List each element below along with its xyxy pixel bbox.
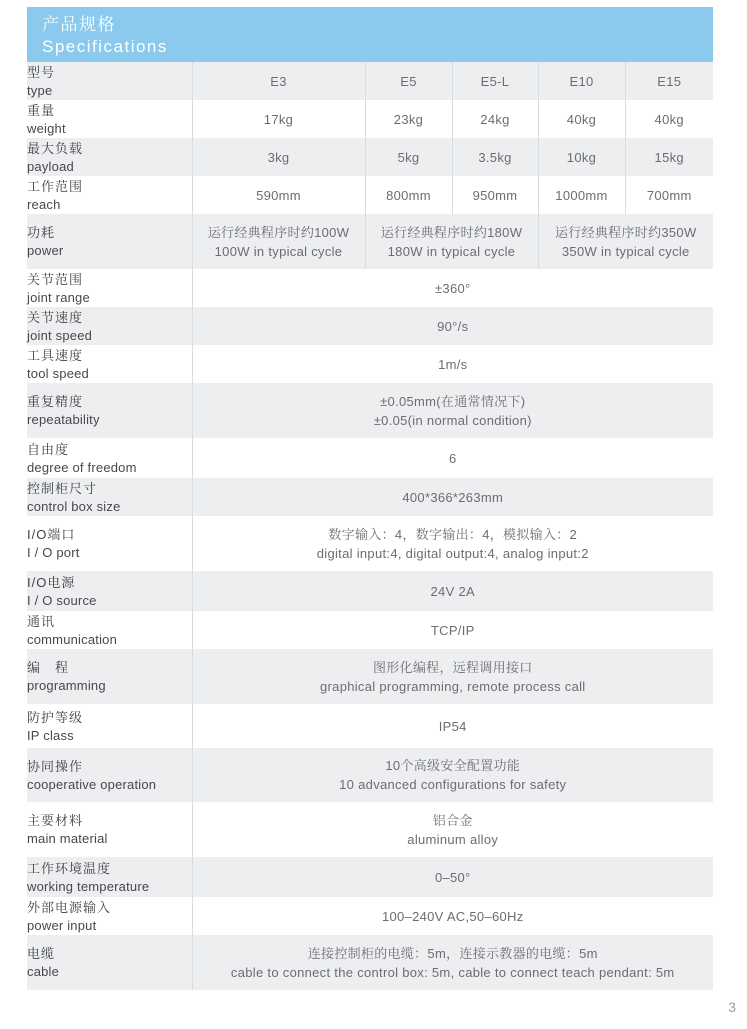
value-zh: 铝合金 <box>193 811 714 830</box>
row-label-weight: 重量 weight <box>27 100 192 138</box>
cell-payload-e5l: 3.5kg <box>452 138 538 176</box>
cell-io-source: 24V 2A <box>192 571 713 611</box>
row-label-reach: 工作范围 reach <box>27 176 192 214</box>
label-zh: 重复精度 <box>27 393 192 411</box>
row-label-io-port: I/O端口 I / O port <box>27 516 192 571</box>
row-label-working-temp: 工作环境温度 working temperature <box>27 857 192 897</box>
row-programming: 编 程 programming 图形化编程，远程调用接口 graphical p… <box>27 649 713 704</box>
label-zh: 控制柜尺寸 <box>27 480 192 498</box>
label-en: cooperative operation <box>27 776 192 793</box>
label-en: reach <box>27 196 192 213</box>
cell-reach-e10: 1000mm <box>538 176 625 214</box>
row-tool-speed: 工具速度 tool speed 1m/s <box>27 345 713 383</box>
cell-power-e3: 运行经典程序时约100W 100W in typical cycle <box>192 214 365 269</box>
row-cooperative: 协同操作 cooperative operation 10个高级安全配置功能 1… <box>27 748 713 802</box>
label-zh: 关节范围 <box>27 271 192 289</box>
label-en: communication <box>27 631 192 648</box>
row-label-payload: 最大负载 payload <box>27 138 192 176</box>
label-zh: 主要材料 <box>27 812 192 830</box>
cell-reach-e5: 800mm <box>365 176 452 214</box>
row-joint-range: 关节范围 joint range ±360° <box>27 269 713 307</box>
label-zh: 防护等级 <box>27 709 192 727</box>
title-en: Specifications <box>42 36 713 58</box>
cell-payload-e15: 15kg <box>625 138 713 176</box>
label-en: power input <box>27 917 192 934</box>
value-en: cable to connect the control box: 5m, ca… <box>193 963 714 982</box>
cell-io-port: 数字输入：4，数字输出：4，模拟输入：2 digital input:4, di… <box>192 516 713 571</box>
label-zh: 电缆 <box>27 945 192 963</box>
title-zh: 产品规格 <box>42 14 713 36</box>
cell-payload-e3: 3kg <box>192 138 365 176</box>
row-repeatability: 重复精度 repeatability ±0.05mm(在通常情况下) ±0.05… <box>27 383 713 438</box>
row-io-port: I/O端口 I / O port 数字输入：4，数字输出：4，模拟输入：2 di… <box>27 516 713 571</box>
row-label-joint-speed: 关节速度 joint speed <box>27 307 192 345</box>
cell-power-input: 100–240V AC,50–60Hz <box>192 897 713 935</box>
value-zh: 数字输入：4，数字输出：4，模拟输入：2 <box>193 525 714 544</box>
row-ip-class: 防护等级 IP class IP54 <box>27 704 713 748</box>
page-number: 3 <box>728 999 736 1015</box>
cell-joint-speed: 90°/s <box>192 307 713 345</box>
value-zh: 连接控制柜的电缆：5m，连接示教器的电缆：5m <box>193 944 714 963</box>
row-dof: 自由度 degree of freedom 6 <box>27 438 713 478</box>
value-en: aluminum alloy <box>193 830 714 849</box>
label-en: tool speed <box>27 365 192 382</box>
cell-type-e5l: E5-L <box>452 62 538 100</box>
row-weight: 重量 weight 17kg 23kg 24kg 40kg 40kg <box>27 100 713 138</box>
label-en: weight <box>27 120 192 137</box>
cell-control-box: 400*366*263mm <box>192 478 713 516</box>
value-en: ±0.05(in normal condition) <box>193 411 714 430</box>
row-label-programming: 编 程 programming <box>27 649 192 704</box>
cell-weight-e10: 40kg <box>538 100 625 138</box>
row-label-communication: 通讯 communication <box>27 611 192 649</box>
value-zh: 图形化编程，远程调用接口 <box>193 658 714 677</box>
cell-type-e5: E5 <box>365 62 452 100</box>
cell-weight-e5l: 24kg <box>452 100 538 138</box>
label-en: control box size <box>27 498 192 515</box>
cell-dof: 6 <box>192 438 713 478</box>
cell-reach-e15: 700mm <box>625 176 713 214</box>
row-label-power-input: 外部电源输入 power input <box>27 897 192 935</box>
cell-cable: 连接控制柜的电缆：5m，连接示教器的电缆：5m cable to connect… <box>192 935 713 990</box>
cell-type-e3: E3 <box>192 62 365 100</box>
label-en: power <box>27 242 192 259</box>
cell-weight-e5: 23kg <box>365 100 452 138</box>
cell-weight-e3: 17kg <box>192 100 365 138</box>
row-reach: 工作范围 reach 590mm 800mm 950mm 1000mm 700m… <box>27 176 713 214</box>
label-en: cable <box>27 963 192 980</box>
spec-table: 型号 type E3 E5 E5-L E10 E15 重量 weight 17k… <box>27 62 713 990</box>
label-zh: 工具速度 <box>27 347 192 365</box>
row-label-joint-range: 关节范围 joint range <box>27 269 192 307</box>
label-en: joint range <box>27 289 192 306</box>
row-material: 主要材料 main material 铝合金 aluminum alloy <box>27 802 713 857</box>
row-power: 功耗 power 运行经典程序时约100W 100W in typical cy… <box>27 214 713 269</box>
label-zh: 重量 <box>27 102 192 120</box>
row-communication: 通讯 communication TCP/IP <box>27 611 713 649</box>
value-en: 100W in typical cycle <box>193 242 365 261</box>
value-zh: 运行经典程序时约100W <box>193 223 365 242</box>
value-en: graphical programming, remote process ca… <box>193 677 714 696</box>
title-banner: 产品规格 Specifications <box>27 7 713 62</box>
label-en: payload <box>27 158 192 175</box>
label-zh: 型号 <box>27 64 192 82</box>
cell-power-e10-e15: 运行经典程序时约350W 350W in typical cycle <box>538 214 713 269</box>
label-zh: 协同操作 <box>27 758 192 776</box>
cell-repeatability: ±0.05mm(在通常情况下) ±0.05(in normal conditio… <box>192 383 713 438</box>
value-zh: ±0.05mm(在通常情况下) <box>193 392 714 411</box>
label-zh: 工作环境温度 <box>27 860 192 878</box>
label-zh: 通讯 <box>27 613 192 631</box>
row-payload: 最大负载 payload 3kg 5kg 3.5kg 10kg 15kg <box>27 138 713 176</box>
cell-joint-range: ±360° <box>192 269 713 307</box>
row-label-repeatability: 重复精度 repeatability <box>27 383 192 438</box>
row-label-power: 功耗 power <box>27 214 192 269</box>
cell-type-e10: E10 <box>538 62 625 100</box>
label-en: type <box>27 82 192 99</box>
cell-payload-e5: 5kg <box>365 138 452 176</box>
cell-weight-e15: 40kg <box>625 100 713 138</box>
value-en: 180W in typical cycle <box>366 242 538 261</box>
label-en: main material <box>27 830 192 847</box>
label-zh: 自由度 <box>27 441 192 459</box>
spec-sheet: 产品规格 Specifications 型号 type E3 E5 E5-L E… <box>27 7 713 990</box>
label-zh: 编 程 <box>27 659 192 677</box>
value-en: 10 advanced configurations for safety <box>193 775 714 794</box>
row-label-control-box: 控制柜尺寸 control box size <box>27 478 192 516</box>
value-zh: 运行经典程序时约350W <box>539 223 714 242</box>
label-en: degree of freedom <box>27 459 192 476</box>
row-type: 型号 type E3 E5 E5-L E10 E15 <box>27 62 713 100</box>
row-label-type: 型号 type <box>27 62 192 100</box>
label-zh: 最大负载 <box>27 140 192 158</box>
label-en: I / O source <box>27 592 192 609</box>
cell-payload-e10: 10kg <box>538 138 625 176</box>
row-working-temp: 工作环境温度 working temperature 0–50° <box>27 857 713 897</box>
label-en: programming <box>27 677 192 694</box>
label-zh: I/O电源 <box>27 574 192 592</box>
cell-cooperative: 10个高级安全配置功能 10 advanced configurations f… <box>192 748 713 802</box>
label-zh: I/O端口 <box>27 526 192 544</box>
row-label-cooperative: 协同操作 cooperative operation <box>27 748 192 802</box>
row-label-material: 主要材料 main material <box>27 802 192 857</box>
cell-working-temp: 0–50° <box>192 857 713 897</box>
row-label-dof: 自由度 degree of freedom <box>27 438 192 478</box>
cell-material: 铝合金 aluminum alloy <box>192 802 713 857</box>
cell-communication: TCP/IP <box>192 611 713 649</box>
label-en: joint speed <box>27 327 192 344</box>
cell-tool-speed: 1m/s <box>192 345 713 383</box>
cell-reach-e5l: 950mm <box>452 176 538 214</box>
row-io-source: I/O电源 I / O source 24V 2A <box>27 571 713 611</box>
label-zh: 工作范围 <box>27 178 192 196</box>
row-power-input: 外部电源输入 power input 100–240V AC,50–60Hz <box>27 897 713 935</box>
label-zh: 外部电源输入 <box>27 899 192 917</box>
label-en: I / O port <box>27 544 192 561</box>
row-label-tool-speed: 工具速度 tool speed <box>27 345 192 383</box>
value-zh: 10个高级安全配置功能 <box>193 756 714 775</box>
cell-ip-class: IP54 <box>192 704 713 748</box>
cell-reach-e3: 590mm <box>192 176 365 214</box>
row-cable: 电缆 cable 连接控制柜的电缆：5m，连接示教器的电缆：5m cable t… <box>27 935 713 990</box>
cell-programming: 图形化编程，远程调用接口 graphical programming, remo… <box>192 649 713 704</box>
value-en: 350W in typical cycle <box>539 242 714 261</box>
value-zh: 运行经典程序时约180W <box>366 223 538 242</box>
value-en: digital input:4, digital output:4, analo… <box>193 544 714 563</box>
cell-type-e15: E15 <box>625 62 713 100</box>
row-joint-speed: 关节速度 joint speed 90°/s <box>27 307 713 345</box>
label-zh: 功耗 <box>27 224 192 242</box>
row-label-io-source: I/O电源 I / O source <box>27 571 192 611</box>
label-en: repeatability <box>27 411 192 428</box>
cell-power-e5-e5l: 运行经典程序时约180W 180W in typical cycle <box>365 214 538 269</box>
row-control-box: 控制柜尺寸 control box size 400*366*263mm <box>27 478 713 516</box>
label-en: working temperature <box>27 878 192 895</box>
label-zh: 关节速度 <box>27 309 192 327</box>
row-label-ip-class: 防护等级 IP class <box>27 704 192 748</box>
row-label-cable: 电缆 cable <box>27 935 192 990</box>
label-en: IP class <box>27 727 192 744</box>
